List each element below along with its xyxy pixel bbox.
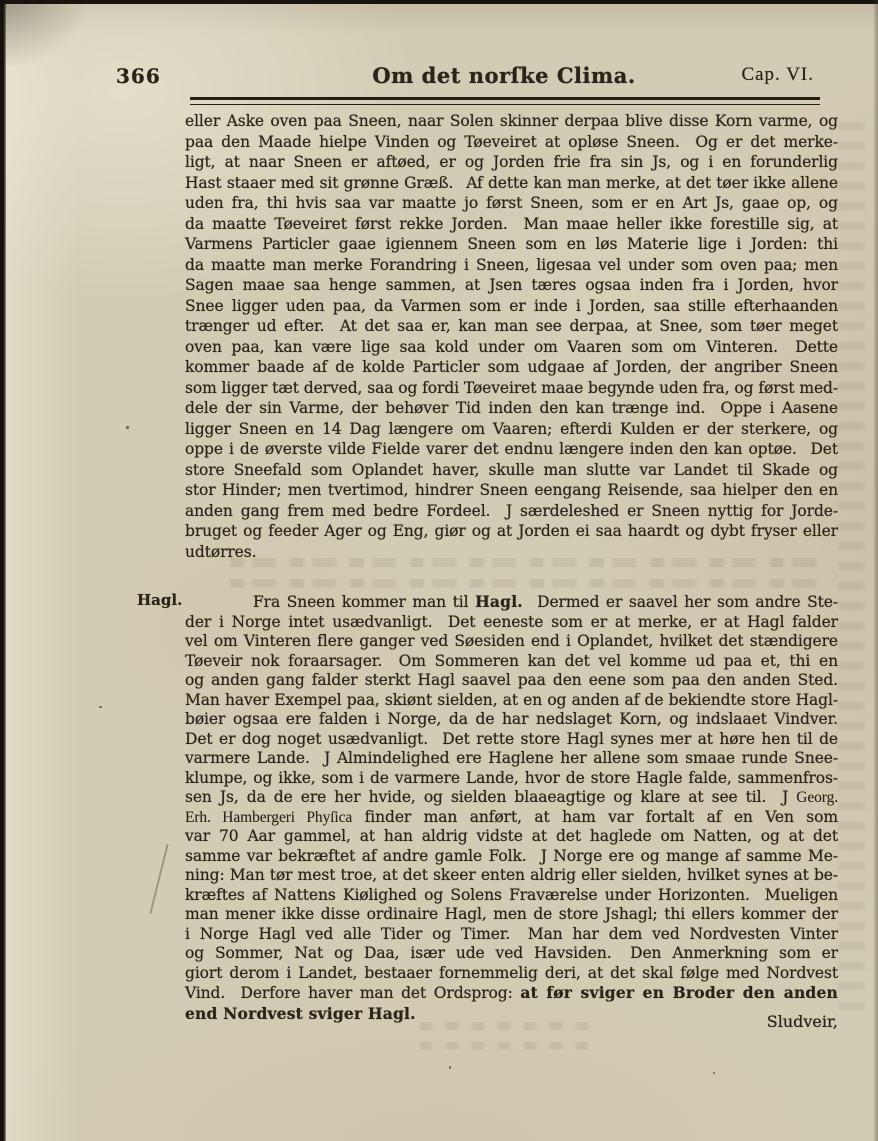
text-line: uden fra, thi hvis saa var maatte jo før… — [185, 193, 838, 214]
text-line: eller Aske oven paa Sneen, naar Solen sk… — [185, 111, 838, 132]
fraktur-text: giort derom i Landet, bestaaer fornemmel… — [185, 964, 838, 982]
text-line: ligger Sneen en 14 Dag længere om Vaaren… — [185, 419, 838, 440]
text-line: vel om Vinteren flere ganger ved Søeside… — [185, 632, 838, 652]
fraktur-text: eller Aske oven paa Sneen, naar Solen sk… — [185, 112, 838, 130]
fraktur-text: finder man anført, at ham var fortalt af… — [352, 808, 838, 826]
fraktur-text: Dermed er saavel her som andre Ste- — [523, 593, 838, 611]
chapter-label: Cap. VI. — [741, 64, 814, 86]
text-line: da maatte Tøeveiret først rekke Jorden. … — [185, 214, 838, 235]
fraktur-text: Fra Sneen kommer man til — [253, 593, 475, 611]
paragraph-hail: Fra Sneen kommer man til Hagl. Dermed er… — [185, 592, 838, 1024]
text-line: giort derom i Landet, bestaaer fornemmel… — [185, 964, 838, 984]
ink-speck — [713, 1072, 715, 1074]
text-line: Det er dog noget usædvanligt. Det rette … — [185, 730, 838, 750]
scan-edge-top — [0, 0, 878, 4]
text-line: Vind. Derfore haver man det Ordsprog: at… — [185, 983, 838, 1004]
text-line: som ligger tæt derved, saa og fordi Tøev… — [185, 378, 838, 399]
fraktur-text: Hast staaer med sit grønne Græß. Af dett… — [185, 174, 838, 192]
ink-speck — [126, 426, 129, 429]
margin-note-hagl: Hagl. — [137, 591, 182, 609]
fraktur-text: i Norge Hagl ved alle Tider og Timer. Ma… — [185, 925, 838, 943]
fraktur-text: trænger ud efter. At det saa er, kan man… — [185, 317, 838, 335]
text-line: man mener ikke disse ordinaire Hagl, men… — [185, 905, 838, 925]
text-line: ning: Man tør mest troe, at det skeer en… — [185, 866, 838, 886]
text-line: trænger ud efter. At det saa er, kan man… — [185, 316, 838, 337]
ink-speck — [99, 706, 102, 708]
text-line: da maatte man merke Forandring i Sneen, … — [185, 255, 838, 276]
text-line: dele der sin Varme, der behøver Tid inde… — [185, 398, 838, 419]
fraktur-text: varmere Lande. J Almindelighed ere Hagle… — [185, 749, 838, 767]
catchword: Sludveir, — [185, 1012, 838, 1031]
emphasis-text: Hagl. — [475, 592, 523, 611]
fraktur-text: og anden gang falder sterkt Hagl saavel … — [185, 671, 838, 689]
fraktur-text: udtørres. — [185, 543, 256, 561]
fraktur-text: var 70 Aar gammel, at han aldrig vidste … — [185, 827, 838, 845]
fraktur-text: kommer baade af de kolde Particler som u… — [185, 358, 838, 376]
text-line: bøier ogsaa ere falden i Norge, da de ha… — [185, 710, 838, 730]
fraktur-text: der i Norge intet usædvanligt. Det eenes… — [185, 613, 838, 631]
fraktur-text: bruget og feeder Ager og Eng, giør og at… — [185, 522, 838, 540]
fraktur-text: som ligger tæt derved, saa og fordi Tøev… — [185, 379, 838, 397]
fraktur-text: vel om Vinteren flere ganger ved Søeside… — [185, 632, 838, 650]
fraktur-text: oppe i de øverste vilde Fielde varer det… — [185, 440, 838, 458]
fraktur-text: Sagen maae saa henge sammen, at Jsen tær… — [185, 276, 838, 294]
fraktur-text: kræftes af Nattens Kiølighed og Solens F… — [185, 886, 838, 904]
fraktur-text: paa den Maade hielpe Vinden og Tøeveiret… — [185, 133, 838, 151]
text-line: oppe i de øverste vilde Fielde varer det… — [185, 439, 838, 460]
text-line: der i Norge intet usædvanligt. Det eenes… — [185, 613, 838, 633]
fraktur-text: Man haver Exempel paa, skiønt sielden, a… — [185, 691, 838, 709]
text-line: og anden gang falder sterkt Hagl saavel … — [185, 671, 838, 691]
fraktur-text: ning: Man tør mest troe, at det skeer en… — [185, 866, 838, 884]
text-line: Erh. Hambergeri Phyſica finder man anfør… — [185, 808, 838, 828]
running-title: Om det norſke Clima. — [188, 63, 820, 88]
text-line: klumpe, og ikke, som i de varmere Lande,… — [185, 769, 838, 789]
fraktur-text: samme var bekræftet af andre gamle Folk.… — [185, 847, 838, 865]
antiqua-text: Georg. — [796, 789, 838, 806]
text-line: kræftes af Nattens Kiølighed og Solens F… — [185, 886, 838, 906]
fraktur-text: oven paa, kan være lige saa kold under o… — [185, 338, 838, 356]
scan-corner-shadow — [0, 0, 90, 70]
fraktur-text: da maatte man merke Forandring i Sneen, … — [185, 256, 838, 274]
fraktur-text: Tøeveir nok foraarsager. Om Sommeren kan… — [185, 652, 838, 670]
text-line: Sagen maae saa henge sammen, at Jsen tær… — [185, 275, 838, 296]
text-line: kommer baade af de kolde Particler som u… — [185, 357, 838, 378]
page-number: 366 — [116, 64, 161, 88]
emphasis-text: at før sviger en Broder den anden — [520, 983, 838, 1002]
text-line: Hast staaer med sit grønne Græß. Af dett… — [185, 173, 838, 194]
text-line: anden gang frem med bedre Fordeel. J sær… — [185, 501, 838, 522]
fraktur-text: sen Js, da de ere her hvide, og sielden … — [185, 788, 796, 806]
fraktur-text: Det er dog noget usædvanligt. Det rette … — [185, 730, 838, 748]
fraktur-text: ligger Sneen en 14 Dag længere om Vaaren… — [185, 420, 838, 438]
text-line: udtørres. — [185, 542, 838, 563]
text-line: var 70 Aar gammel, at han aldrig vidste … — [185, 827, 838, 847]
fraktur-text: man mener ikke disse ordinaire Hagl, men… — [185, 905, 838, 923]
fraktur-text: og Sommer, Nat og Daa, især ude ved Havs… — [185, 944, 838, 962]
fraktur-text: uden fra, thi hvis saa var maatte jo før… — [185, 194, 838, 212]
text-line: i Norge Hagl ved alle Tider og Timer. Ma… — [185, 925, 838, 945]
header-rule — [190, 97, 820, 105]
ink-bleedthrough — [838, 120, 864, 1010]
text-line: Man haver Exempel paa, skiønt sielden, a… — [185, 691, 838, 711]
scan-scratch — [149, 844, 168, 914]
antiqua-text: Erh. Hambergeri Phyſica — [185, 809, 352, 826]
fraktur-text: Snee ligger uden paa, da Varmen som er i… — [185, 297, 838, 315]
fraktur-text: stor Hinder; men tvertimod, hindrer Snee… — [185, 481, 838, 499]
fraktur-text: Varmens Particler gaae igiennem Sneen so… — [185, 235, 838, 253]
text-line: store Sneefald som Oplandet haver, skull… — [185, 460, 838, 481]
fraktur-text: anden gang frem med bedre Fordeel. J sær… — [185, 502, 838, 520]
scan-edge-right — [873, 0, 878, 1141]
text-line: samme var bekræftet af andre gamle Folk.… — [185, 847, 838, 867]
text-block: eller Aske oven paa Sneen, naar Solen sk… — [185, 111, 838, 1024]
text-line: bruget og feeder Ager og Eng, giør og at… — [185, 521, 838, 542]
fraktur-text: bøier ogsaa ere falden i Norge, da de ha… — [185, 710, 838, 728]
text-line: sen Js, da de ere her hvide, og sielden … — [185, 788, 838, 808]
text-line: Tøeveir nok foraarsager. Om Sommeren kan… — [185, 652, 838, 672]
fraktur-text: dele der sin Varme, der behøver Tid inde… — [185, 399, 838, 417]
text-line: Varmens Particler gaae igiennem Sneen so… — [185, 234, 838, 255]
text-line: ligt, at naar Sneen er aftøed, er og Jor… — [185, 152, 838, 173]
book-page-scan: 366 Om det norſke Clima. Cap. VI. Hagl. … — [0, 0, 878, 1141]
text-line: stor Hinder; men tvertimod, hindrer Snee… — [185, 480, 838, 501]
fraktur-text: klumpe, og ikke, som i de varmere Lande,… — [185, 769, 838, 787]
fraktur-text: da maatte Tøeveiret først rekke Jorden. … — [185, 215, 838, 233]
text-line: Fra Sneen kommer man til Hagl. Dermed er… — [185, 592, 838, 613]
text-line: oven paa, kan være lige saa kold under o… — [185, 337, 838, 358]
paragraph-snow: eller Aske oven paa Sneen, naar Solen sk… — [185, 111, 838, 562]
text-line: Snee ligger uden paa, da Varmen som er i… — [185, 296, 838, 317]
ink-speck — [449, 1066, 451, 1069]
fraktur-text: store Sneefald som Oplandet haver, skull… — [185, 461, 838, 479]
scan-edge-left — [0, 0, 6, 1141]
text-line: og Sommer, Nat og Daa, især ude ved Havs… — [185, 944, 838, 964]
fraktur-text: ligt, at naar Sneen er aftøed, er og Jor… — [185, 153, 838, 171]
text-line: paa den Maade hielpe Vinden og Tøeveiret… — [185, 132, 838, 153]
text-line: varmere Lande. J Almindelighed ere Hagle… — [185, 749, 838, 769]
fraktur-text: Vind. Derfore haver man det Ordsprog: — [185, 984, 520, 1002]
